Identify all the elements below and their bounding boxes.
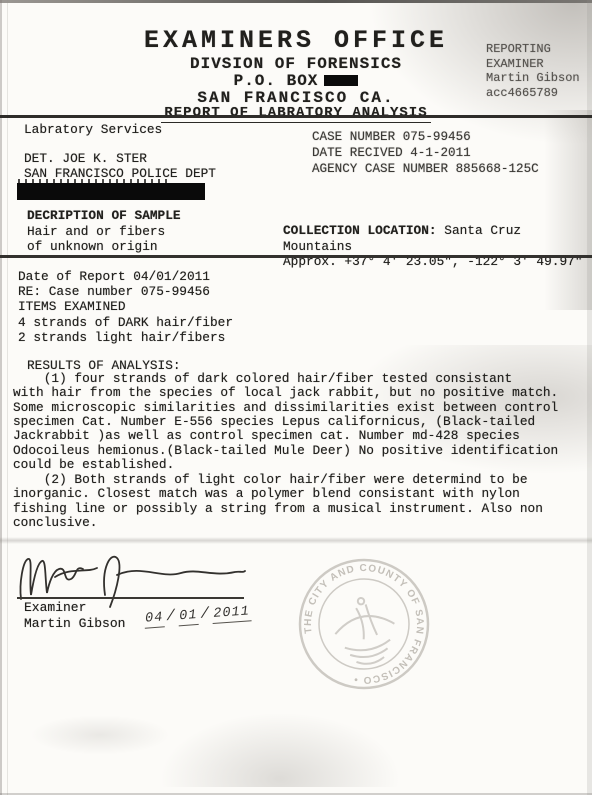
po-box-label: P.O. BOX [234, 72, 319, 90]
redaction-bar-po-box [324, 75, 358, 86]
item-light-hair: 2 strands light hair/fibers [18, 330, 233, 345]
examiner-name: Martin Gibson [486, 71, 580, 86]
date-slash: / [164, 607, 179, 625]
date-of-report-line: Date of Report 04/01/2011 [18, 269, 233, 284]
date-day: 01 [178, 608, 199, 626]
addressee-block: Labratory Services DET. JOE K. STER SAN … [24, 122, 216, 182]
examiner-id: acc4665789 [486, 86, 580, 101]
service-line: Labratory Services [24, 122, 216, 138]
report-title-text: REPORT OF LABRATORY ANALYSIS [161, 105, 430, 123]
seal-ring-text: THE CITY AND COUNTY OF SAN FRANCISCO • [293, 553, 435, 695]
sample-heading: DECRIPTION OF SAMPLE [27, 208, 181, 224]
signer-name: Martin Gibson [24, 616, 125, 631]
report-meta-block: Date of Report 04/01/2011 RE: Case numbe… [18, 269, 233, 345]
reporting-label: REPORTING [486, 42, 580, 57]
collection-line: COLLECTION LOCATION: Santa Cruz Mountain… [283, 223, 592, 254]
scan-smudge-bottom [150, 707, 410, 787]
date-received-line: DATE RECIVED 4-1-2011 [312, 145, 539, 161]
results-paragraph-1: (1) four strands of dark colored hair/fi… [13, 372, 558, 472]
items-examined-heading: ITEMS EXAMINED [18, 299, 233, 314]
embossed-city-seal: THE CITY AND COUNTY OF SAN FRANCISCO • [277, 537, 451, 711]
examiner-label: EXAMINER [486, 57, 580, 72]
spacer [24, 138, 216, 151]
collection-label: COLLECTION LOCATION: [283, 223, 437, 238]
scanned-lab-report: EXAMINERS OFFICE DIVSION OF FORENSICS P.… [0, 0, 592, 795]
scan-smudge-bottom-left [30, 715, 170, 755]
sample-description-block: DECRIPTION OF SAMPLE Hair and or fibers … [27, 208, 181, 255]
signature-line [17, 597, 244, 599]
date-year: 2011 [212, 604, 251, 624]
date-month: 04 [144, 610, 165, 628]
case-number-line: CASE NUMBER 075-99456 [312, 129, 539, 145]
header-divider-rule [0, 115, 592, 118]
results-paragraph-2: (2) Both strands of light color hair/fib… [13, 473, 543, 530]
redaction-bar-address [17, 183, 205, 200]
report-title: REPORT OF LABRATORY ANALYSIS [0, 105, 592, 123]
sample-line2: of unknown origin [27, 239, 181, 255]
scan-fold-crease [0, 537, 592, 544]
item-dark-hair: 4 strands of DARK hair/fiber [18, 315, 233, 330]
scan-shadow-right [544, 110, 592, 310]
recipient-name: DET. JOE K. STER [24, 151, 216, 167]
reporting-examiner-block: REPORTING EXAMINER Martin Gibson acc4665… [486, 42, 580, 100]
scan-edge-top [0, 0, 592, 3]
section-divider-rule [0, 255, 592, 258]
re-case-line: RE: Case number 075-99456 [18, 284, 233, 299]
case-info-block: CASE NUMBER 075-99456 DATE RECIVED 4-1-2… [312, 129, 539, 177]
svg-text:THE CITY AND COUNTY OF SAN FRA: THE CITY AND COUNTY OF SAN FRANCISCO • [293, 553, 435, 695]
signer-role: Examiner [24, 600, 86, 615]
collection-location-block: COLLECTION LOCATION: Santa Cruz Mountain… [283, 223, 592, 270]
sample-line1: Hair and or fibers [27, 224, 181, 240]
agency-case-line: AGENCY CASE NUMBER 885668-125C [312, 161, 539, 177]
seal-phoenix-emblem [330, 593, 401, 669]
